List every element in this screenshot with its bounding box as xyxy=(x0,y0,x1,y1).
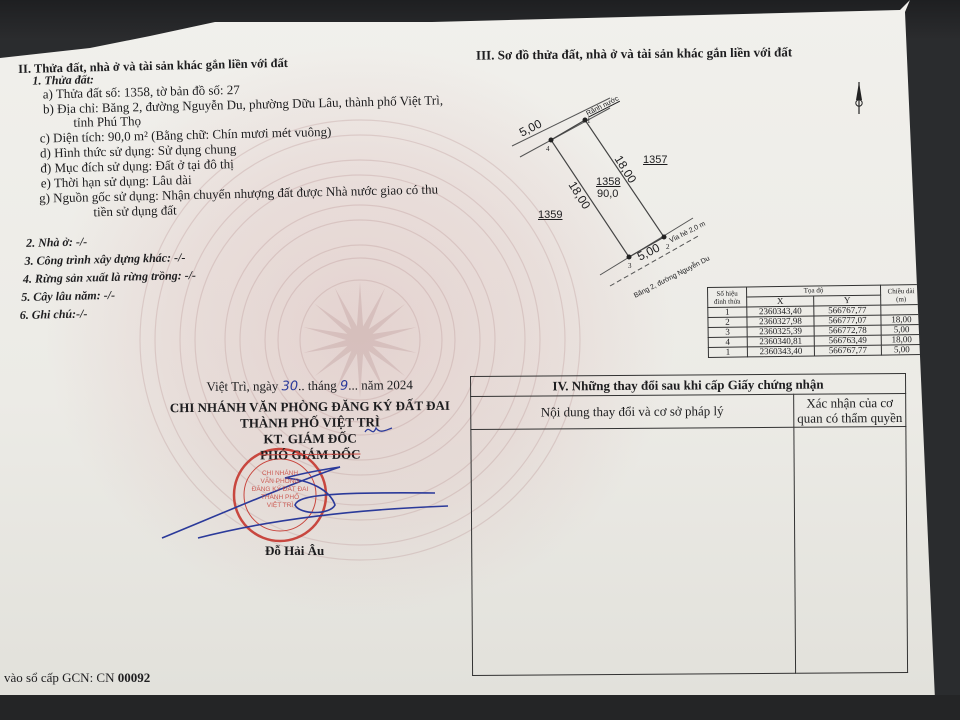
date-year: ... năm 2024 xyxy=(348,377,413,393)
coordinate-table: Số hiệu đỉnh thửa Tọa độ Chiều dài (m) X… xyxy=(707,284,923,358)
parcel-area-label: 90,0 xyxy=(597,187,618,202)
col-change-content: Nội dung thay đổi và cơ sở pháp lý xyxy=(471,394,794,429)
background-surface-bottom xyxy=(0,695,960,720)
stamp-line: CHI NHÁNH xyxy=(242,470,318,478)
org-line-1: CHI NHÁNH VĂN PHÒNG ĐĂNG KÝ ĐẤT ĐAI xyxy=(150,398,470,417)
date-day: 30 xyxy=(281,379,298,394)
date-prefix: Việt Trì, ngày xyxy=(206,378,281,394)
col-authority-line2: quan có thẩm quyền xyxy=(795,410,904,426)
vertex-1: 1 xyxy=(587,114,591,129)
vertex-3: 3 xyxy=(628,259,632,274)
stamp-line: VĂN PHÒNG xyxy=(242,478,318,486)
section-4-changes: IV. Những thay đổi sau khi cấp Giấy chứn… xyxy=(470,373,908,676)
registry-number: vào sổ cấp GCN: CN 00092 xyxy=(4,670,150,685)
coord-y: 566767,77 xyxy=(814,345,881,356)
north-arrow-icon xyxy=(856,82,862,114)
registry-label: vào sổ cấp GCN: CN xyxy=(4,670,118,685)
date-month: 9 xyxy=(340,379,348,394)
registry-value: 00092 xyxy=(118,670,151,685)
coord-x: 2360343,40 xyxy=(747,346,814,357)
vertex-2: 2 xyxy=(666,240,670,255)
neighbor-1359: 1359 xyxy=(538,208,562,223)
col-authority-confirm: Xác nhận của cơ quan có thẩm quyền xyxy=(794,393,906,427)
signature-block: Việt Trì, ngày 30.. tháng 9... năm 2024 … xyxy=(150,377,471,465)
col-length: Chiều dài (m) xyxy=(880,285,921,306)
neighbor-1357: 1357 xyxy=(643,153,667,168)
place-date: Việt Trì, ngày 30.. tháng 9... năm 2024 xyxy=(150,377,470,397)
stamp-text: CHI NHÁNH VĂN PHÒNG ĐĂNG KÝ ĐẤT ĐAI THÀN… xyxy=(242,470,318,510)
col-authority-line1: Xác nhận của cơ xyxy=(795,395,904,411)
length: 5,00 xyxy=(881,344,922,355)
signer-name: Đỗ Hải Âu xyxy=(265,543,324,558)
certificate-page: II. Thửa đất, nhà ở và tài sản khác gắn … xyxy=(0,0,960,720)
stamp-line: THÀNH PHỐ xyxy=(242,494,318,502)
vertex-4: 4 xyxy=(546,142,550,157)
date-month-prefix: .. tháng xyxy=(298,378,340,393)
col-point: Số hiệu đỉnh thửa xyxy=(708,287,747,308)
point: 1 xyxy=(708,347,747,358)
stamp-line: VIỆT TRÌ xyxy=(242,502,318,510)
authority-confirm-cell xyxy=(794,426,908,673)
stamp-line: ĐĂNG KÝ ĐẤT ĐAI xyxy=(242,486,318,494)
role-line-2: PHÓ GIÁM ĐỐC xyxy=(150,446,470,465)
change-content-cell xyxy=(471,427,796,675)
